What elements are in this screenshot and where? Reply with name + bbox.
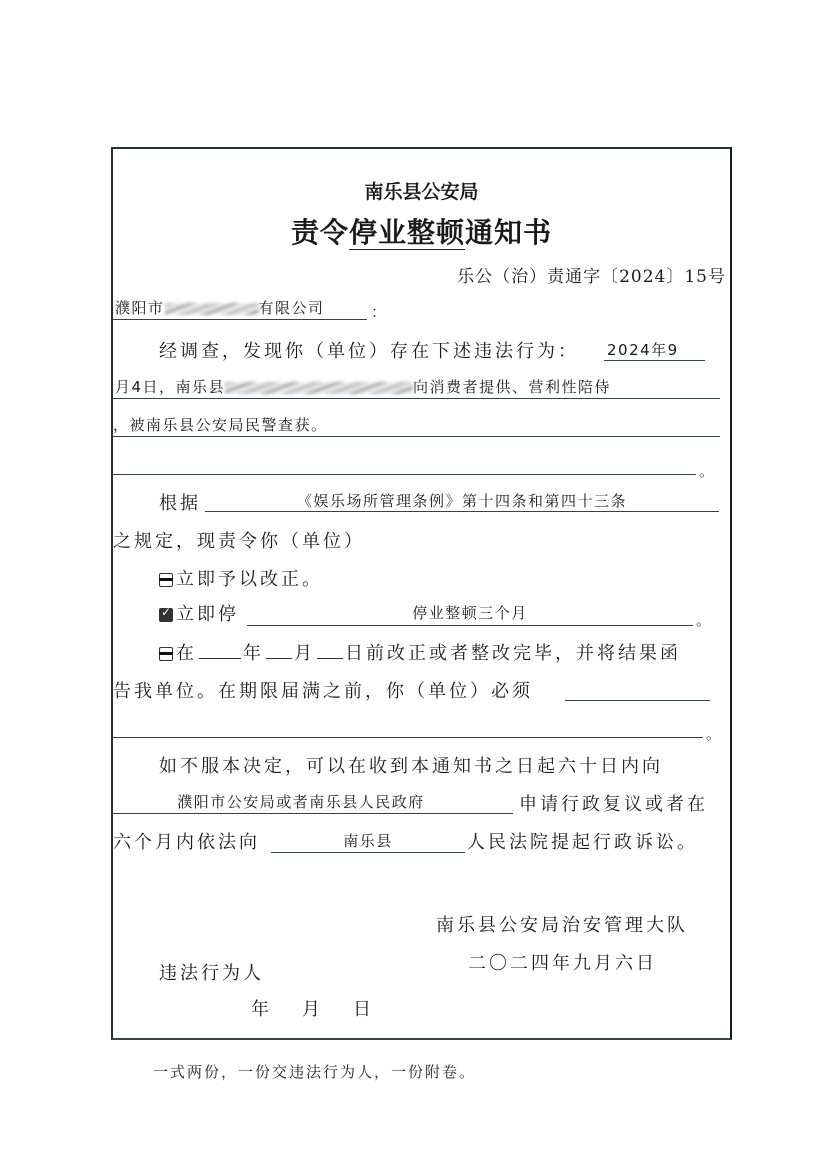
basis-underline <box>205 511 719 512</box>
appeal-line2-suffix: 申请行政复议或者在 <box>519 790 708 816</box>
findings-end-mark: 。 <box>699 460 716 481</box>
redacted-company-name <box>165 303 259 315</box>
month-blank[interactable] <box>266 642 292 659</box>
suspend-fill: 停业整顿三个月 <box>247 602 693 623</box>
findings-underline-3 <box>113 474 696 475</box>
sign-year: 年 <box>251 999 272 1020</box>
appeal-line1: 如不服本决定，可以在收到本通知书之日起六十日内向 <box>159 752 663 778</box>
title-underlined: 停业整顿 <box>349 216 465 250</box>
court-name: 南乐县 <box>271 830 465 851</box>
basis-label: 根据 <box>159 489 201 515</box>
year-blank[interactable] <box>199 642 241 659</box>
checkbox-checked-icon[interactable] <box>159 608 173 622</box>
sign-month: 月 <box>302 999 323 1020</box>
option-3-text-a: 在 <box>176 643 197 664</box>
checkbox-unchecked-icon[interactable] <box>159 647 173 661</box>
option-deadline: 在年月日前改正或者整改完毕，并将结果函 <box>159 639 681 665</box>
option-correct-immediately: 立即予以改正。 <box>159 565 323 591</box>
footnote: 一式两份，一份交违法行为人，一份附卷。 <box>153 1061 476 1082</box>
recipient-prefix: 濮阳市 <box>115 299 165 317</box>
findings-underline-2 <box>113 436 720 437</box>
findings-date: 2024年9 <box>607 339 679 360</box>
option-1-text: 立即予以改正。 <box>176 569 323 590</box>
findings-date-underline <box>604 360 705 361</box>
document-title: 责令停业整顿通知书 <box>113 211 730 251</box>
issuer-name: 南乐县公安局治安管理大队 <box>436 911 688 937</box>
agency-name: 南乐县公安局 <box>113 177 730 204</box>
recipient-colon: ： <box>371 301 388 322</box>
deadline-text: 告我单位。在期限届满之前，你（单位）必须 <box>113 677 533 703</box>
findings-underline-1 <box>113 398 720 399</box>
sign-day: 日 <box>353 999 374 1020</box>
title-suffix: 通知书 <box>465 216 552 249</box>
option-suspend: 立即停 <box>159 600 239 626</box>
option-3-text-b: 日前改正或者整改完毕，并将结果函 <box>345 643 681 664</box>
title-prefix: 责令 <box>291 216 349 249</box>
document-number: 乐公（治）责通字〔2024〕15号 <box>457 262 726 287</box>
deadline-end-mark: 。 <box>706 723 723 744</box>
court-underline <box>271 852 465 853</box>
violator-label: 违法行为人 <box>159 959 264 985</box>
option-2-text: 立即停 <box>176 604 239 625</box>
review-body: 濮阳市公安局或者南乐县人民政府 <box>113 791 489 812</box>
recipient-suffix: 有限公司 <box>259 299 325 317</box>
review-body-underline <box>113 813 513 814</box>
violator-sign-date: 年月日 <box>251 995 374 1021</box>
findings-line3: ，被南乐县公安局民警查获。 <box>113 414 328 435</box>
issue-date: 二〇二四年九月六日 <box>468 949 657 975</box>
deadline-underline-2[interactable] <box>113 737 703 738</box>
day-blank[interactable] <box>317 642 343 659</box>
findings-lead: 经调查，发现你（单位）存在下述违法行为： <box>159 337 579 363</box>
findings-line2-prefix: 月4日，南乐县 <box>115 378 225 396</box>
recipient: 濮阳市有限公司 <box>115 297 325 318</box>
basis-followup: 之规定，现责令你（单位） <box>113 527 365 553</box>
redacted-venue-name <box>225 382 413 394</box>
appeal-line3-prefix: 六个月内依法向 <box>113 828 260 854</box>
checkbox-unchecked-icon[interactable] <box>159 573 173 587</box>
findings-line2-suffix: 向消费者提供、营利性陪侍 <box>413 378 611 396</box>
findings-line2: 月4日，南乐县向消费者提供、营利性陪侍 <box>115 376 611 397</box>
option-3-month: 月 <box>294 643 315 664</box>
option-3-year: 年 <box>243 643 264 664</box>
suspend-end-mark: 。 <box>696 609 713 630</box>
recipient-underline <box>113 319 367 320</box>
basis-law: 《娱乐场所管理条例》第十四条和第四十三条 <box>205 490 719 511</box>
suspend-underline <box>247 625 693 626</box>
deadline-underline-1[interactable] <box>565 700 710 701</box>
notice-form-frame: 南乐县公安局 责令停业整顿通知书 乐公（治）责通字〔2024〕15号 濮阳市有限… <box>111 147 732 1040</box>
appeal-line3-suffix: 人民法院提起行政诉讼。 <box>467 828 698 854</box>
